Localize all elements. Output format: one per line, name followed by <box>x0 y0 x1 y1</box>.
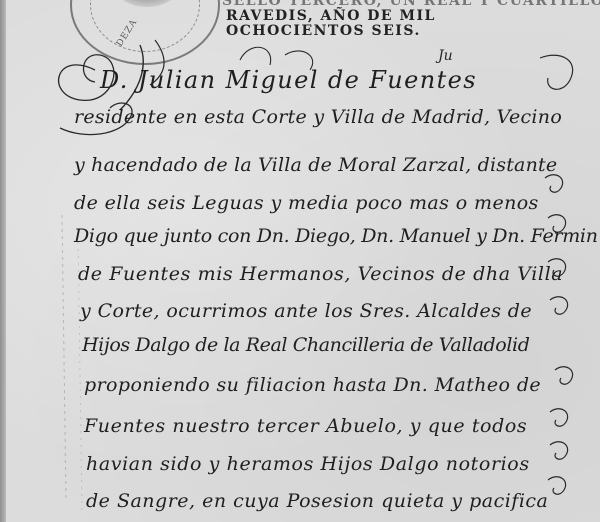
scanned-document-page: DEZA SELLO TERCERO, UN REAL Y CUARTILLO … <box>0 0 600 522</box>
handwritten-line-11: havian sido y heramos Hijos Dalgo notori… <box>86 453 530 475</box>
handwritten-line-10: Fuentes nuestro tercer Abuelo, y que tod… <box>84 415 527 437</box>
handwritten-line-2: residente en esta Corte y Villa de Madri… <box>74 106 562 128</box>
handwritten-line-12: de Sangre, en cuya Posesion quieta y pac… <box>86 490 548 512</box>
handwritten-line-4: de ella seis Leguas y media poco mas o m… <box>74 192 539 214</box>
handwritten-line-7: y Corte, ocurrimos ante los Sres. Alcald… <box>80 300 532 322</box>
handwritten-line-1: D. Julian Miguel de Fuentes <box>100 66 530 94</box>
handwritten-line-3: y hacendado de la Villa de Moral Zarzal,… <box>74 154 557 176</box>
handwritten-line-8: Hijos Dalgo de la Real Chancilleria de V… <box>82 334 529 356</box>
handwritten-body: D. Julian Miguel de Fuentes residente en… <box>0 0 600 522</box>
handwritten-line-5: Digo que junto con Dn. Diego, Dn. Manuel… <box>74 225 598 247</box>
handwritten-line-6: de Fuentes mis Hermanos, Vecinos de dha … <box>78 263 563 285</box>
handwritten-line-9: proponiendo su filiacion hasta Dn. Mathe… <box>84 374 541 396</box>
